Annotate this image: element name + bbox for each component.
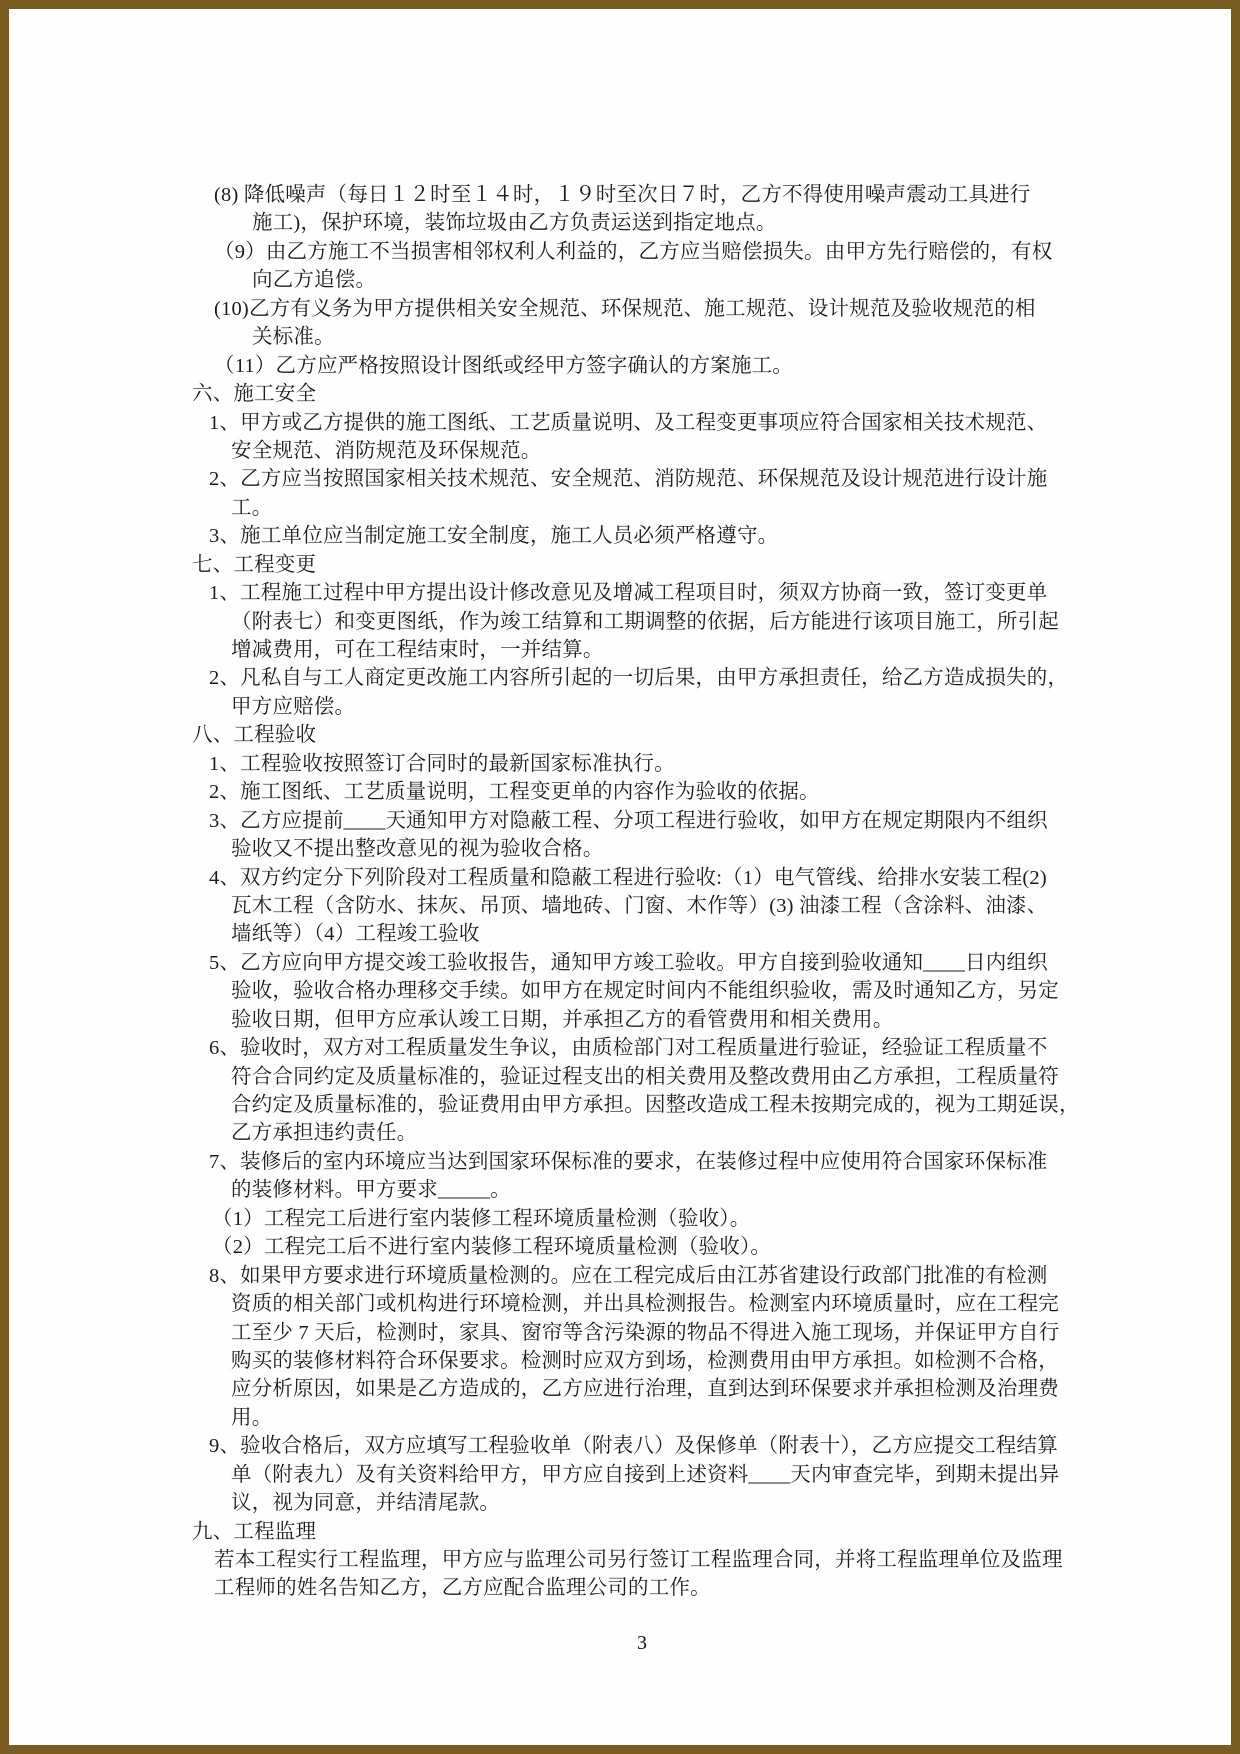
- contract-line: 1、工程施工过程中甲方提出设计修改意见及增减工程项目时，须双方协商一致，签订变更…: [209, 579, 1102, 607]
- contract-line: 的装修材料。甲方要求_____。: [231, 1176, 1102, 1204]
- contract-line: 1、工程验收按照签订合同时的最新国家标准执行。: [209, 750, 1102, 778]
- page-number: 3: [192, 1632, 1092, 1655]
- contract-line: 墙纸等）（4）工程竣工验收: [231, 920, 1102, 948]
- contract-line: (8) 降低噪声（每日１２时至１４时，１９时至次日７时，乙方不得使用噪声震动工具…: [214, 181, 1102, 209]
- contract-line: 验收日期，但甲方应承认竣工日期，并承担乙方的看管费用和相关费用。: [231, 1006, 1102, 1034]
- contract-line: 8、如果甲方要求进行环境质量检测的。应在工程完成后由江苏省建设行政部门批准的有检…: [209, 1262, 1102, 1290]
- contract-line: 1、甲方或乙方提供的施工图纸、工艺质量说明、及工程变更事项应符合国家相关技术规范…: [209, 409, 1102, 437]
- contract-line: （9）由乙方施工不当损害相邻权利人利益的，乙方应当赔偿损失。由甲方先行赔偿的，有…: [214, 238, 1102, 266]
- contract-line: 施工)，保护环境，装饰垃圾由乙方负责运送到指定地点。: [252, 209, 1102, 237]
- contract-line: 2、施工图纸、工艺质量说明，工程变更单的内容作为验收的依据。: [209, 778, 1102, 806]
- contract-line: 六、施工安全: [192, 380, 1102, 408]
- contract-line: （11）乙方应严格按照设计图纸或经甲方签字确认的方案施工。: [214, 352, 1102, 380]
- contract-line: 2、乙方应当按照国家相关技术规范、安全规范、消防规范、环保规范及设计规范进行设计…: [209, 465, 1102, 493]
- contract-line: 7、装修后的室内环境应当达到国家环保标准的要求，在装修过程中应使用符合国家环保标…: [209, 1148, 1102, 1176]
- contract-line: 单（附表九）及有关资料给甲方，甲方应自接到上述资料____天内审查完毕，到期未提…: [231, 1461, 1102, 1489]
- contract-line: 资质的相关部门或机构进行环境检测，并出具检测报告。检测室内环境质量时，应在工程完: [231, 1290, 1102, 1318]
- contract-line: 向乙方追偿。: [252, 266, 1102, 294]
- contract-line: 七、工程变更: [192, 551, 1102, 579]
- contract-line: 甲方应赔偿。: [231, 693, 1102, 721]
- contract-line: 用。: [231, 1404, 1102, 1432]
- contract-line: 6、验收时，双方对工程质量发生争议，由质检部门对工程质量进行验证，经验证工程质量…: [209, 1034, 1102, 1062]
- contract-line: 若本工程实行工程监理，甲方应与监理公司另行签订工程监理合同，并将工程监理单位及监…: [214, 1546, 1102, 1574]
- contract-line: 3、施工单位应当制定施工安全制度，施工人员必须严格遵守。: [209, 522, 1102, 550]
- contract-page: (8) 降低噪声（每日１２时至１４时，１９时至次日７时，乙方不得使用噪声震动工具…: [0, 0, 1240, 1754]
- contract-line: （1）工程完工后进行室内装修工程环境质量检测（验收）。: [212, 1205, 1102, 1233]
- contract-line: 瓦木工程（含防水、抹灰、吊顶、墙地砖、门窗、木作等）(3) 油漆工程（含涂料、油…: [231, 892, 1102, 920]
- contract-line: 八、工程验收: [192, 721, 1102, 749]
- contract-line: 乙方承担违约责任。: [231, 1119, 1102, 1147]
- contract-line: 符合合同约定及质量标准的，验证过程支出的相关费用及整改费用由乙方承担，工程质量符: [231, 1063, 1102, 1091]
- contract-line: 安全规范、消防规范及环保规范。: [231, 437, 1102, 465]
- contract-line: 4、双方约定分下列阶段对工程质量和隐蔽工程进行验收:（1）电气管线、给排水安装工…: [209, 864, 1102, 892]
- contract-line: （2）工程完工后不进行室内装修工程环境质量检测（验收）。: [212, 1233, 1102, 1261]
- contract-line: 2、凡私自与工人商定更改施工内容所引起的一切后果，由甲方承担责任，给乙方造成损失…: [209, 664, 1102, 692]
- contract-line: 关标准。: [252, 323, 1102, 351]
- contract-line: 购买的装修材料符合环保要求。检测时应双方到场，检测费用由甲方承担。如检测不合格，: [231, 1347, 1102, 1375]
- contract-line: 议，视为同意，并结清尾款。: [231, 1489, 1102, 1517]
- contract-line: 验收又不提出整改意见的视为验收合格。: [231, 835, 1102, 863]
- contract-line: 3、乙方应提前____天通知甲方对隐蔽工程、分项工程进行验收，如甲方在规定期限内…: [209, 807, 1102, 835]
- contract-line: 应分析原因，如果是乙方造成的，乙方应进行治理，直到达到环保要求并承担检测及治理费: [231, 1375, 1102, 1403]
- contract-line: 增减费用，可在工程结束时，一并结算。: [231, 636, 1102, 664]
- contract-line: （附表七）和变更图纸，作为竣工结算和工期调整的依据，后方能进行该项目施工，所引起: [231, 608, 1102, 636]
- contract-line: 工程师的姓名告知乙方，乙方应配合监理公司的工作。: [214, 1574, 1102, 1602]
- contract-line: 工至少 7 天后，检测时，家具、窗帘等含污染源的物品不得进入施工现场，并保证甲方…: [231, 1319, 1102, 1347]
- contract-line: 5、乙方应向甲方提交竣工验收报告，通知甲方竣工验收。甲方自接到验收通知____日…: [209, 949, 1102, 977]
- contract-line: 验收，验收合格办理移交手续。如甲方在规定时间内不能组织验收，需及时通知乙方，另定: [231, 977, 1102, 1005]
- contract-line: 工。: [231, 494, 1102, 522]
- contract-line: 9、验收合格后，双方应填写工程验收单（附表八）及保修单（附表十），乙方应提交工程…: [209, 1432, 1102, 1460]
- contract-line: 合约定及质量标准的，验证费用由甲方承担。因整改造成工程未按期完成的，视为工期延误…: [231, 1091, 1102, 1119]
- contract-body: (8) 降低噪声（每日１２时至１４时，１９时至次日７时，乙方不得使用噪声震动工具…: [192, 181, 1102, 1603]
- contract-line: (10)乙方有义务为甲方提供相关安全规范、环保规范、施工规范、设计规范及验收规范…: [214, 295, 1102, 323]
- contract-line: 九、工程监理: [192, 1518, 1102, 1546]
